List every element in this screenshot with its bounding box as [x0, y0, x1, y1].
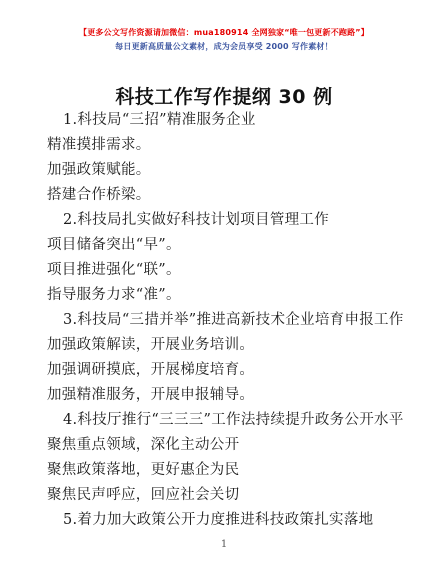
outline-point: 聚焦重点领域，深化主动公开 — [47, 433, 418, 458]
document-page: 【更多公文写作资源请加微信：mua180914 全网独家“唯一包更新不跑路”】 … — [0, 0, 448, 580]
outline-heading-4: 4.科技厅推行“三三三”工作法持续提升政务公开水平 — [47, 408, 418, 433]
outline-point: 项目推进强化“联”。 — [47, 258, 418, 283]
outline-body: 1.科技局“三招”精准服务企业 精准摸排需求。 加强政策赋能。 搭建合作桥梁。 … — [47, 108, 418, 533]
outline-point: 加强政策解读，开展业务培训。 — [47, 333, 418, 358]
outline-heading-1: 1.科技局“三招”精准服务企业 — [47, 108, 418, 133]
outline-point: 聚焦民声呼应，回应社会关切 — [47, 483, 418, 508]
outline-heading-2: 2.科技局扎实做好科技计划项目管理工作 — [47, 208, 418, 233]
outline-heading-5: 5.着力加大政策公开力度推进科技政策扎实落地 — [47, 508, 418, 533]
outline-point: 加强政策赋能。 — [47, 158, 418, 183]
page-number: 1 — [0, 538, 448, 552]
outline-point: 搭建合作桥梁。 — [47, 183, 418, 208]
outline-point: 加强精准服务，开展申报辅导。 — [47, 383, 418, 408]
outline-heading-3: 3.科技局“三措并举”推进高新技术企业培育申报工作 — [47, 308, 418, 333]
promo-header: 【更多公文写作资源请加微信：mua180914 全网独家“唯一包更新不跑路”】 … — [0, 26, 448, 54]
promo-line-2: 每日更新高质量公文素材，成为会员享受 2000 写作素材！ — [0, 40, 448, 54]
promo-line-1: 【更多公文写作资源请加微信：mua180914 全网独家“唯一包更新不跑路”】 — [0, 26, 448, 40]
outline-point: 精准摸排需求。 — [47, 133, 418, 158]
outline-point: 聚焦政策落地，更好惠企为民 — [47, 458, 418, 483]
outline-point: 加强调研摸底，开展梯度培育。 — [47, 358, 418, 383]
document-title: 科技工作写作提纲 30 例 — [0, 85, 448, 109]
outline-point: 项目储备突出“早”。 — [47, 233, 418, 258]
outline-point: 指导服务力求“准”。 — [47, 283, 418, 308]
